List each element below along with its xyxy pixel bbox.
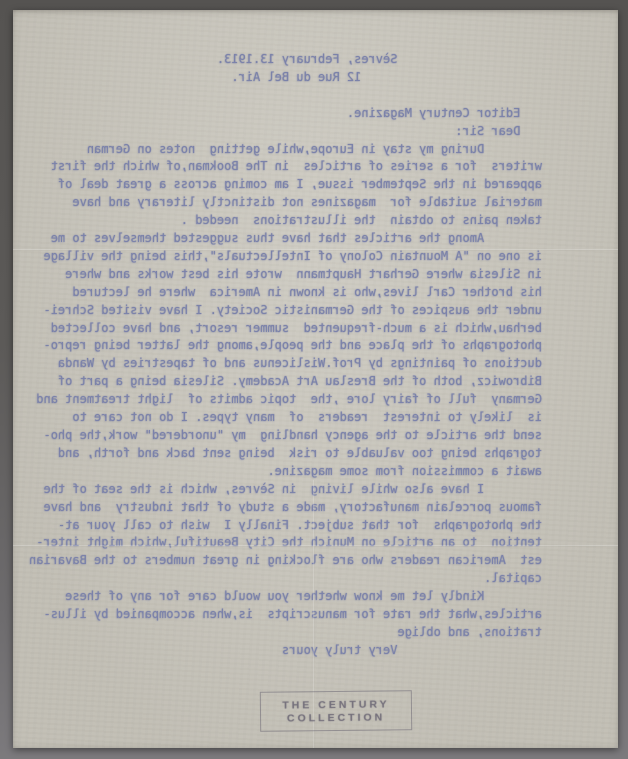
typed-line: Bibrowicz, both of the Breslau Art Acade… (13, 373, 542, 391)
typed-line: in Silesia where Gerhart Hauptmann wrote… (13, 266, 542, 284)
typed-line: ductions of paintings by Prof.Wislicenus… (13, 355, 542, 373)
typed-line: tention to an article on Munich the City… (13, 534, 542, 552)
typed-line: Very truly yours (13, 642, 542, 660)
typed-line: During my stay in Europe,while getting n… (13, 141, 542, 159)
typed-line: Dear Sir: (13, 123, 542, 141)
typed-line: await a commission from some magazine. (13, 463, 542, 481)
typed-line (13, 87, 542, 105)
typewritten-letter-text: Sèvres, February 13.1913. 12 Rue du Bel … (13, 10, 618, 748)
typed-line: send the article to the agency handling … (13, 427, 542, 445)
typed-line: tographs being too valuable to risk bein… (13, 445, 542, 463)
typed-line: appeared in the September issue, I am co… (13, 176, 542, 194)
typed-line: is likely to interest readers of many ty… (13, 409, 542, 427)
typed-line: I have also while living in Sèvres, whic… (13, 481, 542, 499)
typed-line: the photographs for that subject. Finall… (13, 517, 542, 535)
typed-line: berhau,which is a much-frequented summer… (13, 320, 542, 338)
typed-line: famous porcelain manufactory, made a stu… (13, 499, 542, 517)
typed-line: capital. (13, 570, 542, 588)
typed-line: Sèvres, February 13.1913. (13, 51, 542, 69)
typed-line: under the auspices of the Germanistic So… (13, 302, 542, 320)
typed-line: writers for a series of articles in The … (13, 158, 542, 176)
typed-line: photographs of the place and the people,… (13, 337, 542, 355)
century-collection-stamp: THE CENTURY COLLECTION (260, 690, 412, 732)
typed-line: Among the articles that have thus sugges… (13, 230, 542, 248)
typed-line: Editor Century Magazine. (13, 105, 542, 123)
typed-line: is one on "A Mountain Colony of Intellec… (13, 248, 542, 266)
letter-paper: Sèvres, February 13.1913. 12 Rue du Bel … (13, 10, 618, 748)
typed-line: 12 Rue du Bel Air. (13, 69, 542, 87)
stamp-line: COLLECTION (287, 711, 385, 724)
typed-line: trations, and oblige (13, 624, 542, 642)
typed-line: est American readers who are flocking in… (13, 552, 542, 570)
typed-line: his brother Carl lives,who is known in A… (13, 284, 542, 302)
stamp-line: THE CENTURY (282, 698, 389, 711)
scan-background: Sèvres, February 13.1913. 12 Rue du Bel … (0, 0, 628, 759)
typed-line: material suitable for magazines not dist… (13, 194, 542, 212)
typed-line: taken pains to obtain the illustrations … (13, 212, 542, 230)
typed-line: Kindly let me know whether you would car… (13, 588, 542, 606)
typed-line: Germany full of fairy lore ,the topic ad… (13, 391, 542, 409)
typed-line: articles,what the rate for manuscripts i… (13, 606, 542, 624)
